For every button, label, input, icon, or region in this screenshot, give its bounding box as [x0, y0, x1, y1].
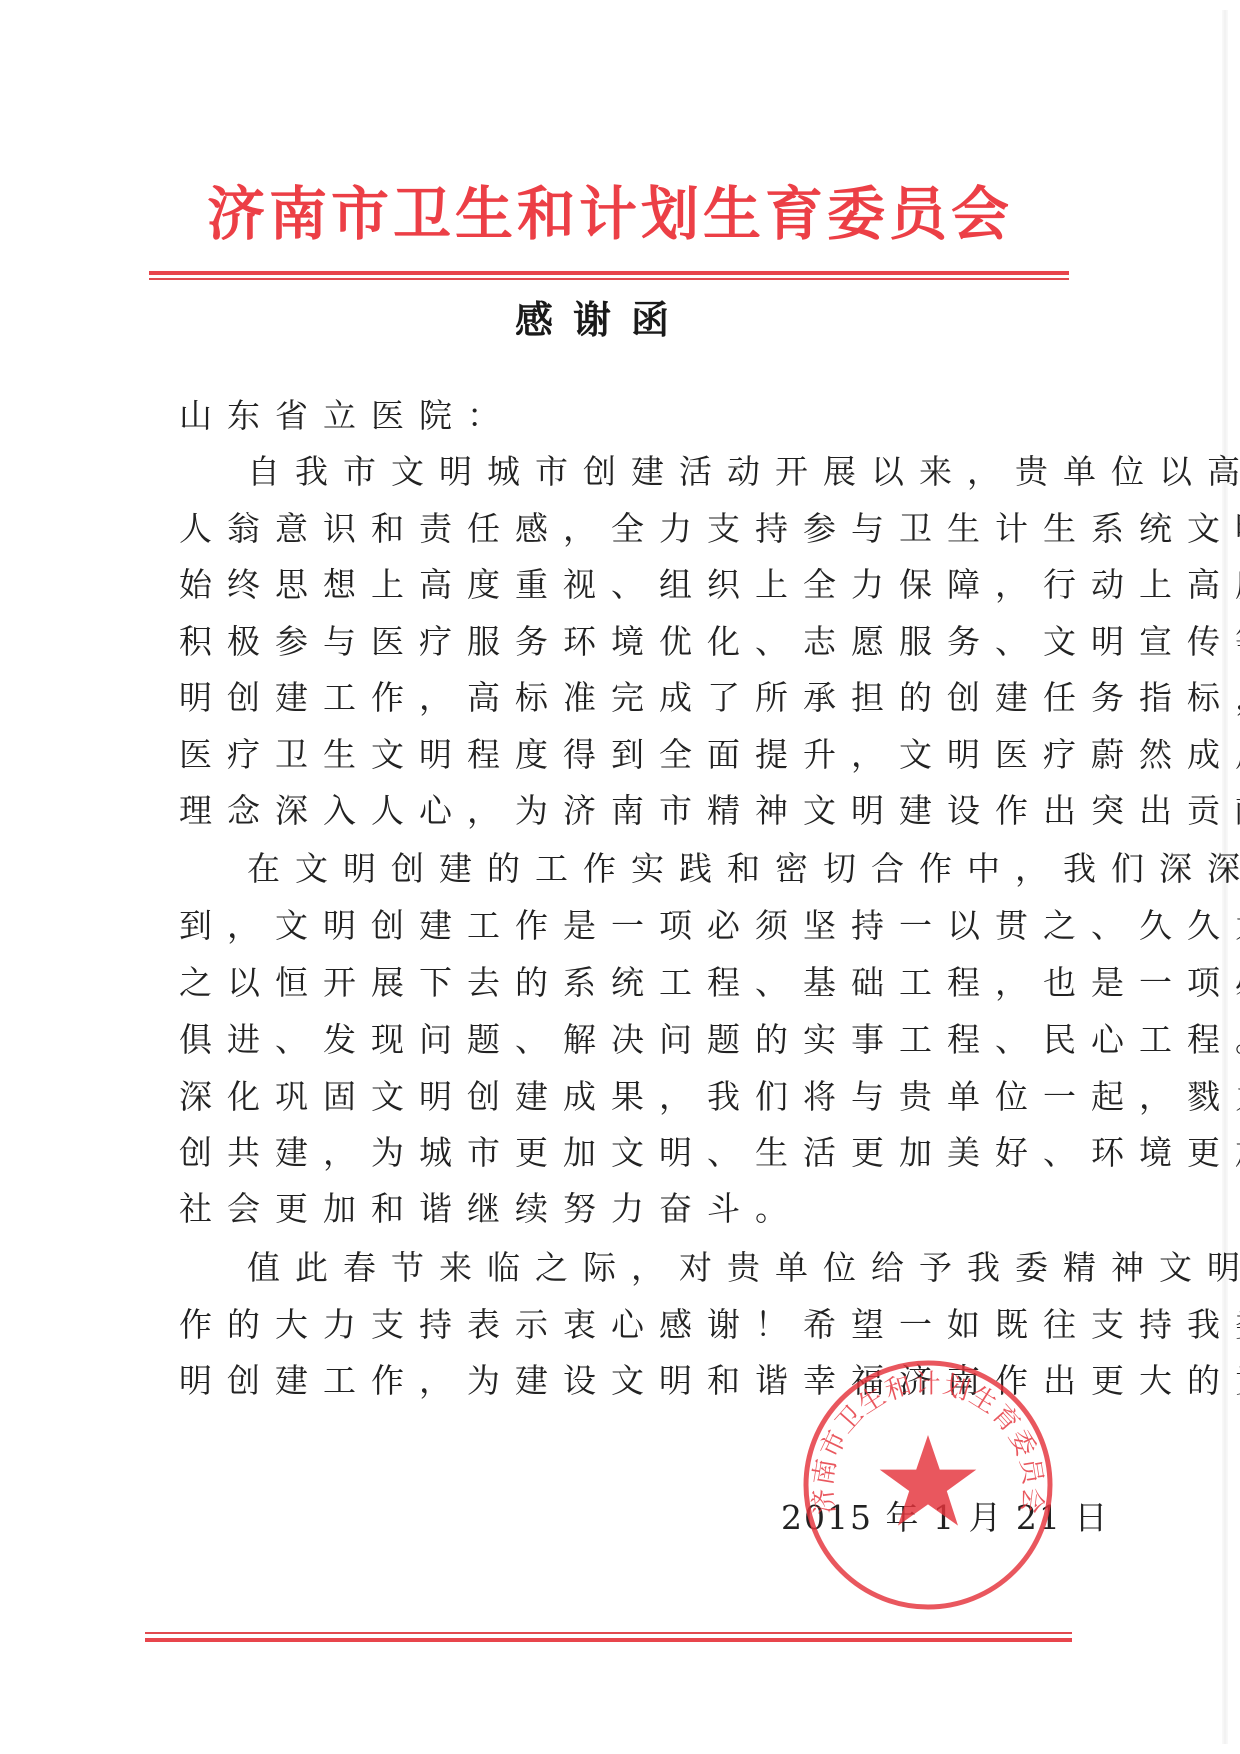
- letterhead-organization: 济南市卫生和计划生育委员会: [200, 181, 1020, 247]
- body-line: 积极参与医疗服务环境优化、志愿服务、文明宣传等各项文: [179, 620, 1240, 664]
- body-line: 到，文明创建工作是一项必须坚持一以贯之、久久为功，持: [179, 904, 1240, 948]
- body-line: 人翁意识和责任感，全力支持参与卫生计生系统文明创建，: [179, 507, 1240, 551]
- body-line: 明创建工作，为建设文明和谐幸福济南作出更大的贡献！: [179, 1359, 1240, 1403]
- body-line: 作的大力支持表示衷心感谢！希望一如既往支持我委精神文: [179, 1303, 1240, 1347]
- body-line: 理念深入人心，为济南市精神文明建设作出突出贡献。: [179, 789, 1240, 833]
- body-line: 在文明创建的工作实践和密切合作中，我们深深地体会: [247, 847, 1240, 891]
- star-icon: [880, 1435, 977, 1526]
- body-line: 之以恒开展下去的系统工程、基础工程，也是一项必须与时: [179, 961, 1240, 1005]
- body-line: 自我市文明城市创建活动开展以来，贵单位以高度的主: [247, 450, 1240, 494]
- letterhead-rule-thin: [149, 278, 1069, 280]
- document-title: 感谢函: [515, 296, 695, 344]
- body-line: 明创建工作，高标准完成了所承担的创建任务指标，使我市: [179, 676, 1240, 720]
- salutation: 山东省立医院：: [179, 394, 515, 438]
- footer-rule-thin: [145, 1632, 1072, 1634]
- body-line: 医疗卫生文明程度得到全面提升，文明医疗蔚然成风，文明: [179, 733, 1240, 777]
- body-line: 俱进、发现问题、解决问题的实事工程、民心工程。为不断: [179, 1018, 1240, 1062]
- footer-rule-thick: [145, 1638, 1072, 1642]
- body-line: 社会更加和谐继续努力奋斗。: [179, 1187, 803, 1231]
- body-line: 值此春节来临之际，对贵单位给予我委精神文明创建工: [247, 1246, 1240, 1290]
- body-line: 深化巩固文明创建成果，我们将与贵单位一起，戮力同心共: [179, 1075, 1240, 1119]
- letterhead-rule-thick: [149, 271, 1069, 275]
- official-seal: 济南市卫生和计划生育委员会: [800, 1357, 1056, 1613]
- letter-page: 济南市卫生和计划生育委员会 感谢函 山东省立医院： 自我市文明城市创建活动开展以…: [0, 0, 1240, 1754]
- body-line: 创共建，为城市更加文明、生活更加美好、环境更加优美、: [179, 1131, 1240, 1175]
- body-line: 始终思想上高度重视、组织上全力保障，行动上高度自觉，: [179, 563, 1240, 607]
